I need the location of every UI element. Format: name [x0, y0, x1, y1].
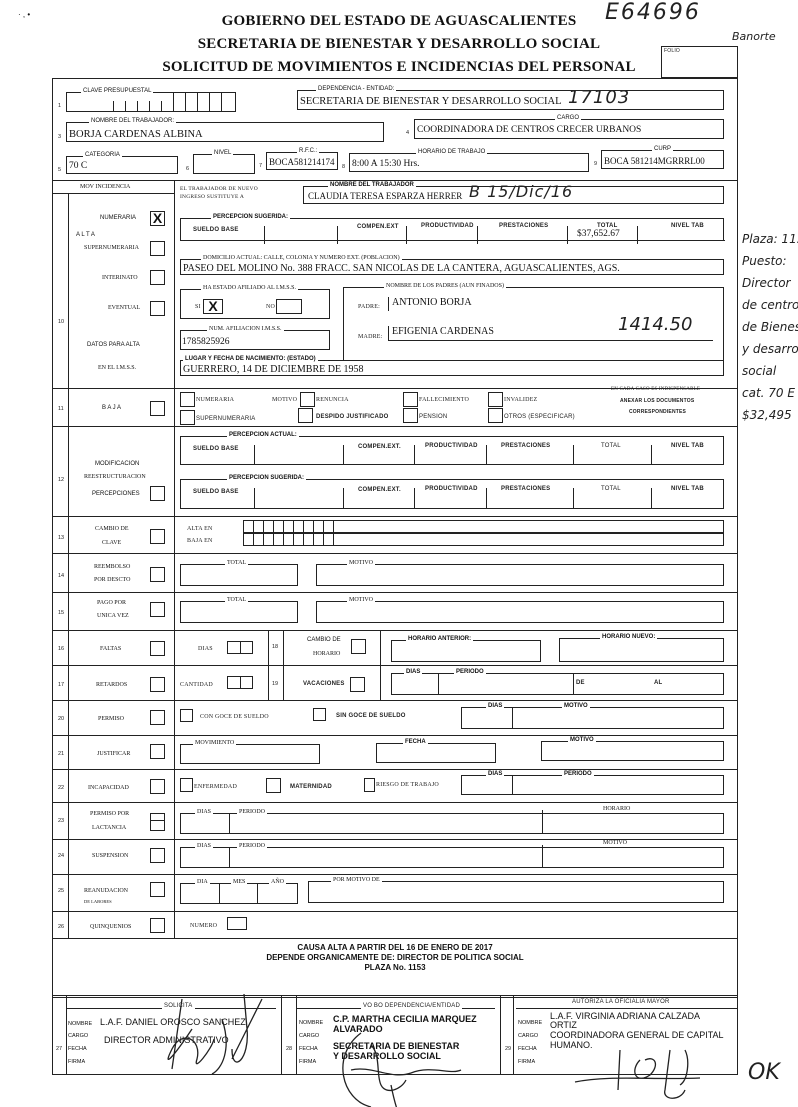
- lactancia-dias-periodo-group: DIAS PERIODO HORARIO: [180, 813, 724, 834]
- reanudacion-label-2: DE LABORES: [84, 899, 112, 904]
- firma-autoriza-fecha-label: FECHA: [518, 1046, 537, 1052]
- field-number-15: 15: [58, 610, 64, 616]
- afiliacion-value: 1785825926: [182, 337, 230, 347]
- field-number-21: 21: [58, 751, 64, 757]
- firma-vobo-nombre-label: NOMBRE: [299, 1020, 323, 1026]
- retardos-cantidad-label: CANTIDAD: [180, 682, 213, 688]
- field-number-25: 25: [58, 888, 64, 894]
- baja-fallecimiento-label: FALLECIMIENTO: [419, 397, 469, 403]
- pago-total-label: TOTAL: [225, 597, 248, 603]
- firma-autoriza: AUTORIZA LA OFICIALIA MAYOR NOMBRE L.A.F…: [500, 995, 738, 1075]
- suspension-dias-periodo-group: DIAS PERIODO MOTIVO: [180, 847, 724, 868]
- mod-sugerida-sueldo-label: SUELDO BASE: [193, 489, 239, 495]
- retardos-cantidad-field[interactable]: [227, 676, 253, 689]
- field-number-14: 14: [58, 573, 64, 579]
- baja-otros-checkbox[interactable]: [488, 408, 503, 423]
- lactancia-dias-label: DIAS: [195, 809, 213, 815]
- afiliado-label: HA ESTADO AFILIADO AL I.M.S.S.: [201, 285, 298, 291]
- causa-line-3: PLAZA No. 1153: [52, 963, 738, 972]
- field-number-12: 12: [58, 477, 64, 483]
- baja-otros-label: OTROS (ESPECIFICAR): [504, 414, 575, 420]
- firma-solicita-firma-label: FIRMA: [68, 1059, 85, 1065]
- curp-value: BOCA 581214MGRRRL00: [604, 156, 705, 166]
- mod-actual-prestaciones-label: PRESTACIONES: [501, 443, 550, 449]
- lactancia-periodo-label: PERIODO: [237, 809, 267, 815]
- imss-si-checkbox[interactable]: X: [203, 299, 223, 314]
- mod-percepcion-actual-group: PERCEPCION ACTUAL: SUELDO BASE COMPEN.EX…: [180, 436, 724, 465]
- field-number-5: 5: [58, 167, 61, 173]
- justificar-label: JUSTIFICAR: [97, 751, 130, 757]
- domicilio-label: DOMICILIO ACTUAL: CALLE, COLONIA Y NUMER…: [201, 255, 402, 261]
- margin-note-1: Plaza: 115.: [742, 228, 798, 250]
- faltas-dias-field[interactable]: [227, 641, 253, 654]
- justificar-movimiento-field[interactable]: MOVIMIENTO: [180, 744, 320, 764]
- handwritten-bank: Banorte: [732, 30, 776, 43]
- nombre-label: NOMBRE DEL TRABAJADOR:: [89, 118, 176, 124]
- firma-vobo-firma-label: FIRMA: [299, 1059, 316, 1065]
- mod-sugerida-productividad-label: PRODUCTIVIDAD: [425, 486, 478, 492]
- reembolso-checkbox[interactable]: [150, 567, 165, 582]
- firma-autoriza-firma-label: FIRMA: [518, 1059, 535, 1065]
- folio-box[interactable]: FOLIO: [661, 46, 738, 78]
- field-number-1: 1: [58, 103, 61, 109]
- field-number-24: 24: [58, 853, 64, 859]
- padres-group: NOMBRE DE LOS PADRES (AUN FINADOS) PADRE…: [343, 287, 724, 370]
- alta-supernumeraria-checkbox[interactable]: [150, 241, 165, 256]
- firma-vobo: Vo Bo DEPENDENCIA/ENTIDAD NOMBRE C.P. MA…: [281, 995, 500, 1075]
- clave-label: CLAVE PRESUPUESTAL: [81, 88, 153, 94]
- alta-numeraria-checkbox[interactable]: X: [150, 211, 165, 226]
- justificar-motivo-label: MOTIVO: [568, 737, 596, 743]
- no-label: NO: [266, 304, 275, 310]
- alta-option-supernumeraria-label: SUPERNUMERARIA: [84, 245, 139, 251]
- baja-nota-2: ANEXAR LOS DOCUMENTOS: [620, 398, 694, 404]
- reanudacion-dia-label: DIA: [195, 879, 210, 885]
- alta-option-eventual-label: EVENTUAL: [108, 305, 140, 311]
- field-number-22: 22: [58, 785, 64, 791]
- vacaciones-de-label: DE: [576, 680, 585, 686]
- cargo-label: CARGO: [555, 115, 581, 121]
- modificacion-label-2: REESTRUCTURACION: [84, 474, 146, 480]
- sustituye-nombre-label: NOMBRE DEL TRABAJADOR: [328, 182, 416, 188]
- alta-eventual-checkbox[interactable]: [150, 301, 165, 316]
- mod-percepcion-sugerida-group: PERCEPCION SUGERIDA: SUELDO BASE COMPEN.…: [180, 479, 724, 509]
- en-imss-label: EN EL I.M.S.S.: [98, 365, 136, 371]
- justificar-movimiento-label: MOVIMIENTO: [193, 740, 236, 746]
- sustituye-label-2: INGRESO SUSTITUYE A: [180, 194, 244, 200]
- field-number-10: 10: [58, 319, 64, 325]
- reanudacion-mes-label: MES: [231, 879, 247, 885]
- nacimiento-field[interactable]: LUGAR Y FECHA DE NACIMIENTO: (ESTADO) GU…: [180, 360, 724, 376]
- firma-solicita: SOLICITA NOMBRE L.A.F. DANIEL OROSCO SAN…: [52, 995, 281, 1075]
- alta-sueldo-label: SUELDO BASE: [193, 227, 239, 233]
- baja-renuncia-label: RENUNCIA: [316, 397, 349, 403]
- suspension-motivo-label: MOTIVO: [601, 840, 629, 846]
- imss-no-checkbox[interactable]: [276, 299, 302, 314]
- padre-label: PADRE:: [358, 304, 380, 310]
- margin-note-ok: OK: [748, 1060, 780, 1085]
- firma-vobo-header: Vo Bo DEPENDENCIA/ENTIDAD: [361, 1003, 462, 1009]
- nombre-trabajador-field[interactable]: NOMBRE DEL TRABAJADOR: BORJA CARDENAS AL…: [66, 122, 384, 142]
- reembolso-motivo-label: MOTIVO: [347, 560, 375, 566]
- field-number-3: 3: [58, 134, 61, 140]
- padre-value: ANTONIO BORJA: [392, 297, 472, 308]
- firma-autoriza-nombre-label: NOMBRE: [518, 1020, 542, 1026]
- baja-nota-3: CORRESPONDIENTES: [629, 409, 686, 415]
- reembolso-motivo-field[interactable]: MOTIVO: [316, 564, 724, 586]
- sustituye-nombre-value: CLAUDIA TERESA ESPARZA HERRER: [308, 191, 462, 201]
- incapacidad-dias-label: DIAS: [486, 771, 504, 777]
- mod-actual-total-label: TOTAL: [601, 443, 621, 449]
- reanudacion-anio-label: AÑO: [269, 879, 286, 885]
- clave-presupuestal-field[interactable]: CLAVE PRESUPUESTAL: [66, 92, 236, 112]
- margin-note-8: cat. 70 E: [742, 382, 798, 404]
- firma-vobo-fecha-label: FECHA: [299, 1046, 318, 1052]
- baja-invalidez-label: INVALIDEZ: [504, 397, 537, 403]
- firma-solicita-cargo-label: CARGO: [68, 1033, 88, 1039]
- nacimiento-label: LUGAR Y FECHA DE NACIMIENTO: (ESTADO): [183, 356, 318, 362]
- mov-incidencia-header: MOV INCIDENCIA: [80, 184, 130, 190]
- sustituye-nombre-field[interactable]: NOMBRE DEL TRABAJADOR CLAUDIA TERESA ESP…: [303, 186, 724, 204]
- enfermedad-label: ENFERMEDAD: [194, 784, 237, 790]
- margin-note-9: $32,495: [742, 404, 798, 426]
- field-number-29: 29: [505, 1046, 511, 1052]
- alta-en-label: ALTA EN: [187, 526, 213, 532]
- reanudacion-motivo-label: POR MOTIVO DE: [331, 877, 382, 883]
- alta-nivel-tab-label: NIVEL TAB: [671, 223, 704, 229]
- mod-actual-nivel-tab-label: NIVEL TAB: [671, 443, 704, 449]
- margin-note-6: y desarroll: [742, 338, 798, 360]
- vacaciones-periodo-group: DIAS PERIODO DE AL: [391, 673, 724, 695]
- mod-sugerida-nivel-tab-label: NIVEL TAB: [671, 486, 704, 492]
- reembolso-total-field[interactable]: TOTAL: [180, 564, 298, 586]
- rfc-label: R.F.C.:: [297, 148, 319, 154]
- pago-motivo-field[interactable]: MOTIVO: [316, 601, 724, 623]
- mod-actual-label: PERCEPCION ACTUAL:: [227, 432, 299, 438]
- baja-motivo-label: MOTIVO: [272, 397, 297, 403]
- mod-sugerida-prestaciones-label: PRESTACIONES: [501, 486, 550, 492]
- faltas-dias-label: DIAS: [198, 646, 213, 652]
- baja-pension-checkbox[interactable]: [403, 408, 418, 423]
- horario-label: HORARIO DE TRABAJO: [416, 149, 487, 155]
- suspension-checkbox[interactable]: [150, 848, 165, 863]
- horario-trabajo-field[interactable]: HORARIO DE TRABAJO 8:00 A 15:30 Hrs.: [349, 153, 589, 172]
- alta-productividad-label: PRODUCTIVIDAD: [421, 223, 474, 229]
- mod-sugerida-total-label: TOTAL: [601, 486, 621, 492]
- field-number-28: 28: [286, 1046, 292, 1052]
- justificar-fecha-label: FECHA: [403, 739, 428, 745]
- lactancia-label-1: PERMISO POR: [90, 811, 129, 817]
- vacaciones-checkbox[interactable]: [350, 677, 365, 692]
- baja-fallecimiento-checkbox[interactable]: [403, 392, 418, 407]
- riesgo-trabajo-label: RIESGO DE TRABAJO: [376, 782, 439, 788]
- quinquenios-checkbox[interactable]: [150, 918, 165, 933]
- con-goce-checkbox[interactable]: [180, 709, 193, 722]
- incapacidad-checkbox[interactable]: [150, 779, 165, 794]
- cargo-field[interactable]: CARGO COORDINADORA DE CENTROS CRECER URB…: [414, 119, 724, 139]
- horario-nuevo-field[interactable]: HORARIO NUEVO:: [559, 638, 724, 662]
- reanudacion-motivo-field[interactable]: POR MOTIVO DE: [308, 881, 724, 903]
- folio-label: FOLIO: [664, 48, 680, 54]
- datos-para-alta-label: DATOS PARA ALTA: [87, 342, 140, 348]
- vacaciones-al-label: AL: [654, 680, 662, 686]
- nivel-label: NIVEL: [212, 150, 233, 156]
- reembolso-label-2: POR DESCTO: [94, 577, 130, 583]
- baja-renuncia-checkbox[interactable]: [300, 392, 315, 407]
- categoria-value: 70 C: [69, 161, 87, 171]
- firma-solicita-nombre-label: NOMBRE: [68, 1021, 92, 1027]
- alta-option-numeraria-label: NUMERARIA: [100, 215, 136, 221]
- field-number-23: 23: [58, 818, 64, 824]
- curp-label: CURP: [652, 146, 673, 152]
- alta-percepcion-label: PERCEPCION SUGERIDA:: [211, 214, 290, 220]
- alta-label: A L T A: [76, 232, 95, 238]
- modificacion-label-1: MODIFICACION: [95, 461, 139, 467]
- enfermedad-checkbox[interactable]: [180, 778, 193, 792]
- reanudacion-fecha-group: DIA MES AÑO: [180, 883, 298, 904]
- justificar-motivo-field[interactable]: MOTIVO: [541, 741, 724, 761]
- justificar-checkbox[interactable]: [150, 744, 165, 759]
- baja-checkbox[interactable]: [150, 401, 165, 416]
- field-number-13: 13: [58, 535, 64, 541]
- margin-notes: Plaza: 115. Puesto: Director de centro d…: [742, 228, 798, 426]
- permiso-checkbox[interactable]: [150, 710, 165, 725]
- horario-nuevo-label: HORARIO NUEVO:: [600, 634, 657, 640]
- faltas-label: FALTAS: [100, 646, 121, 652]
- baja-supernumeraria-label: SUPERNUMERARIA: [196, 416, 255, 422]
- con-goce-label: CON GOCE DE SUELDO: [200, 714, 269, 720]
- faltas-checkbox[interactable]: [150, 641, 165, 656]
- justificar-fecha-field[interactable]: FECHA: [376, 743, 496, 763]
- baja-supernumeraria-checkbox[interactable]: [180, 410, 195, 425]
- quinquenios-numero-label: NUMERO: [190, 923, 217, 929]
- baja-invalidez-checkbox[interactable]: [488, 392, 503, 407]
- mod-actual-sueldo-label: SUELDO BASE: [193, 446, 239, 452]
- madre-handwritten: 1414.50: [618, 314, 692, 335]
- sin-goce-checkbox[interactable]: [313, 708, 326, 721]
- afiliacion-label: NUM. AFILIACION I.M.S.S.: [207, 326, 284, 332]
- baja-despido-label: DESPIDO JUSTIFICADO: [316, 414, 388, 420]
- reanudacion-label-1: REANUDACION: [84, 888, 128, 894]
- reanudacion-checkbox[interactable]: [150, 882, 165, 897]
- suspension-label: SUSPENSION: [92, 853, 128, 859]
- suspension-periodo-label: PERIODO: [237, 843, 267, 849]
- suspension-dias-label: DIAS: [195, 843, 213, 849]
- mod-sugerida-label: PERCEPCION SUGERIDA:: [227, 475, 306, 481]
- domicilio-value: PASEO DEL MOLINO No. 388 FRACC. SAN NICO…: [183, 263, 620, 274]
- signature-scribble-2: [331, 1025, 471, 1107]
- madre-label: MADRE:: [358, 334, 383, 340]
- mod-actual-compen-label: COMPEN.EXT.: [358, 444, 401, 450]
- alta-prestaciones-label: PRESTACIONES: [499, 223, 548, 229]
- padres-label: NOMBRE DE LOS PADRES (AUN FINADOS): [384, 283, 506, 289]
- madre-value: EFIGENIA CARDENAS: [392, 326, 494, 337]
- vacaciones-periodo-label: PERIODO: [454, 669, 486, 675]
- baja-nota-1: EN CADA CASO ES INDISPENSABLE: [611, 387, 700, 392]
- dependencia-handwritten: 17103: [568, 87, 630, 108]
- incapacidad-label: INCAPACIDAD: [88, 785, 129, 791]
- categoria-field[interactable]: CATEGORIA 70 C: [66, 156, 178, 174]
- field-number-8: 8: [342, 164, 345, 170]
- field-number-17: 17: [58, 682, 64, 688]
- cambio-horario-checkbox[interactable]: [351, 639, 366, 654]
- field-number-9: 9: [594, 161, 597, 167]
- signature-scribble-3: [570, 1020, 720, 1107]
- permiso-dias-label: DIAS: [486, 703, 504, 709]
- causa-line-1: CAUSA ALTA A PARTIR DEL 16 DE ENERO DE 2…: [52, 943, 738, 952]
- cambio-clave-label-1: CAMBIO DE: [95, 526, 129, 532]
- pago-total-field[interactable]: TOTAL: [180, 601, 298, 623]
- quinquenios-label: QUINQUENIOS: [90, 924, 131, 930]
- dependencia-label: DEPENDENCIA - ENTIDAD:: [316, 86, 396, 92]
- categoria-label: CATEGORIA: [83, 152, 122, 158]
- maternidad-checkbox[interactable]: [266, 778, 281, 793]
- signature-scribble-1: [152, 989, 282, 1079]
- mod-sugerida-compen-label: COMPEN.EXT.: [358, 487, 401, 493]
- field-number-4: 4: [406, 130, 409, 136]
- nivel-field[interactable]: NIVEL: [193, 154, 255, 174]
- handwritten-id: E64696: [605, 0, 701, 25]
- field-number-20: 20: [58, 716, 64, 722]
- margin-note-2: Puesto:: [742, 250, 798, 272]
- permiso-label: PERMISO: [98, 716, 124, 722]
- retardos-label: RETARDOS: [96, 682, 127, 688]
- baja-en-label: BAJA EN: [187, 538, 213, 544]
- margin-note-4: de centro: [742, 294, 798, 316]
- horario-anterior-field[interactable]: HORARIO ANTERIOR:: [391, 640, 541, 662]
- alta-compen-label: COMPEN.EXT: [357, 224, 399, 230]
- cambio-clave-label-2: CLAVE: [102, 540, 121, 546]
- baja-despido-checkbox[interactable]: [298, 408, 313, 423]
- maternidad-label: MATERNIDAD: [290, 784, 332, 790]
- pago-label-2: UNICA VEZ: [97, 613, 129, 619]
- alta-option-interinato-label: INTERINATO: [102, 275, 138, 281]
- field-number-16: 16: [58, 646, 64, 652]
- lactancia-checkbox[interactable]: [150, 813, 165, 831]
- sustituye-label-1: EL TRABAJADOR DE NUEVO: [180, 186, 258, 192]
- firma-solicita-fecha-label: FECHA: [68, 1046, 87, 1052]
- clave-alta-en-field[interactable]: [243, 520, 724, 533]
- causa-line-2: DEPENDE ORGANICAMENTE DE: DIRECTOR DE PO…: [52, 953, 738, 962]
- margin-note-7: social: [742, 360, 798, 382]
- dependencia-value: SECRETARIA DE BIENESTAR Y DESARROLLO SOC…: [300, 96, 562, 107]
- margin-note-5: de Bienes: [742, 316, 798, 338]
- permiso-dias-motivo-group: DIAS MOTIVO: [461, 707, 724, 729]
- cambio-clave-checkbox[interactable]: [150, 529, 165, 544]
- quinquenios-numero-field[interactable]: [227, 917, 247, 930]
- horario-value: 8:00 A 15:30 Hrs.: [352, 159, 420, 169]
- baja-numeraria-checkbox[interactable]: [180, 392, 195, 407]
- incapacidad-periodo-label: PERIODO: [562, 771, 594, 777]
- alta-percepcion-group: PERCEPCION SUGERIDA: SUELDO BASE COMPEN.…: [180, 218, 724, 240]
- field-number-27: 27: [56, 1046, 62, 1052]
- domicilio-field[interactable]: DOMICILIO ACTUAL: CALLE, COLONIA Y NUMER…: [180, 259, 724, 275]
- lactancia-label-2: LACTANCIA: [92, 825, 126, 831]
- pago-label-1: PAGO POR: [97, 600, 126, 606]
- afiliacion-imss-field[interactable]: NUM. AFILIACION I.M.S.S. 1785825926: [180, 330, 330, 350]
- nombre-value: BORJA CARDENAS ALBINA: [69, 129, 203, 140]
- baja-label: B A J A: [102, 405, 121, 411]
- permiso-motivo-label: MOTIVO: [562, 703, 590, 709]
- lactancia-horario-label: HORARIO: [601, 806, 632, 812]
- alta-total-value: $37,652.67: [577, 229, 620, 239]
- field-number-11: 11: [58, 406, 64, 412]
- field-number-6: 6: [186, 166, 189, 172]
- pago-motivo-label: MOTIVO: [347, 597, 375, 603]
- curp-field[interactable]: CURP BOCA 581214MGRRRL00: [601, 150, 724, 169]
- baja-numeraria-label: NUMERARIA: [196, 397, 234, 403]
- reembolso-label-1: REEMBOLSO: [94, 564, 130, 570]
- alta-interinato-checkbox[interactable]: [150, 270, 165, 285]
- modificacion-label-3: PERCEPCIONES: [92, 491, 140, 497]
- cambio-horario-label-1: CAMBIO DE: [307, 637, 341, 643]
- riesgo-trabajo-checkbox[interactable]: [364, 778, 375, 792]
- margin-note-3: Director: [742, 272, 798, 294]
- horario-anterior-label: HORARIO ANTERIOR:: [406, 636, 473, 642]
- cargo-value: COORDINADORA DE CENTROS CRECER URBANOS: [417, 125, 641, 135]
- vacaciones-dias-label: DIAS: [404, 669, 422, 675]
- field-number-26: 26: [58, 924, 64, 930]
- field-number-18: 18: [272, 644, 278, 650]
- firma-vobo-cargo-label: CARGO: [299, 1033, 319, 1039]
- nacimiento-value: GUERRERO, 14 DE DICIEMBRE DE 1958: [183, 364, 364, 375]
- rfc-value: BOCA581214174: [269, 157, 335, 167]
- baja-pension-label: PENSION: [419, 414, 447, 420]
- sin-goce-label: SIN GOCE DE SUELDO: [336, 713, 406, 719]
- retardos-checkbox[interactable]: [150, 677, 165, 692]
- imss-afiliado-group: HA ESTADO AFILIADO AL I.M.S.S. SI X NO: [180, 289, 330, 319]
- pago-checkbox[interactable]: [150, 602, 165, 617]
- incapacidad-dias-periodo-group: DIAS PERIODO: [461, 775, 724, 795]
- firma-autoriza-cargo-label: CARGO: [518, 1033, 538, 1039]
- field-number-7: 7: [259, 163, 262, 169]
- sustituye-handwritten: B 15/Dic/16: [469, 182, 573, 201]
- si-label: SI: [195, 304, 201, 310]
- cambio-horario-label-2: HORARIO: [313, 651, 340, 657]
- mod-actual-productividad-label: PRODUCTIVIDAD: [425, 443, 478, 449]
- field-number-19: 19: [272, 681, 278, 687]
- clave-baja-en-field[interactable]: [243, 533, 724, 546]
- modificacion-checkbox[interactable]: [150, 486, 165, 501]
- vacaciones-label: VACACIONES: [303, 681, 345, 687]
- rfc-field[interactable]: R.F.C.: BOCA581214174: [266, 152, 338, 170]
- dependencia-field[interactable]: DEPENDENCIA - ENTIDAD: SECRETARIA DE BIE…: [297, 90, 724, 110]
- firma-autoriza-header: AUTORIZA LA OFICIALIA MAYOR: [570, 999, 672, 1005]
- causa-section: CAUSA ALTA A PARTIR DEL 16 DE ENERO DE 2…: [52, 943, 738, 983]
- reembolso-total-label: TOTAL: [225, 560, 248, 566]
